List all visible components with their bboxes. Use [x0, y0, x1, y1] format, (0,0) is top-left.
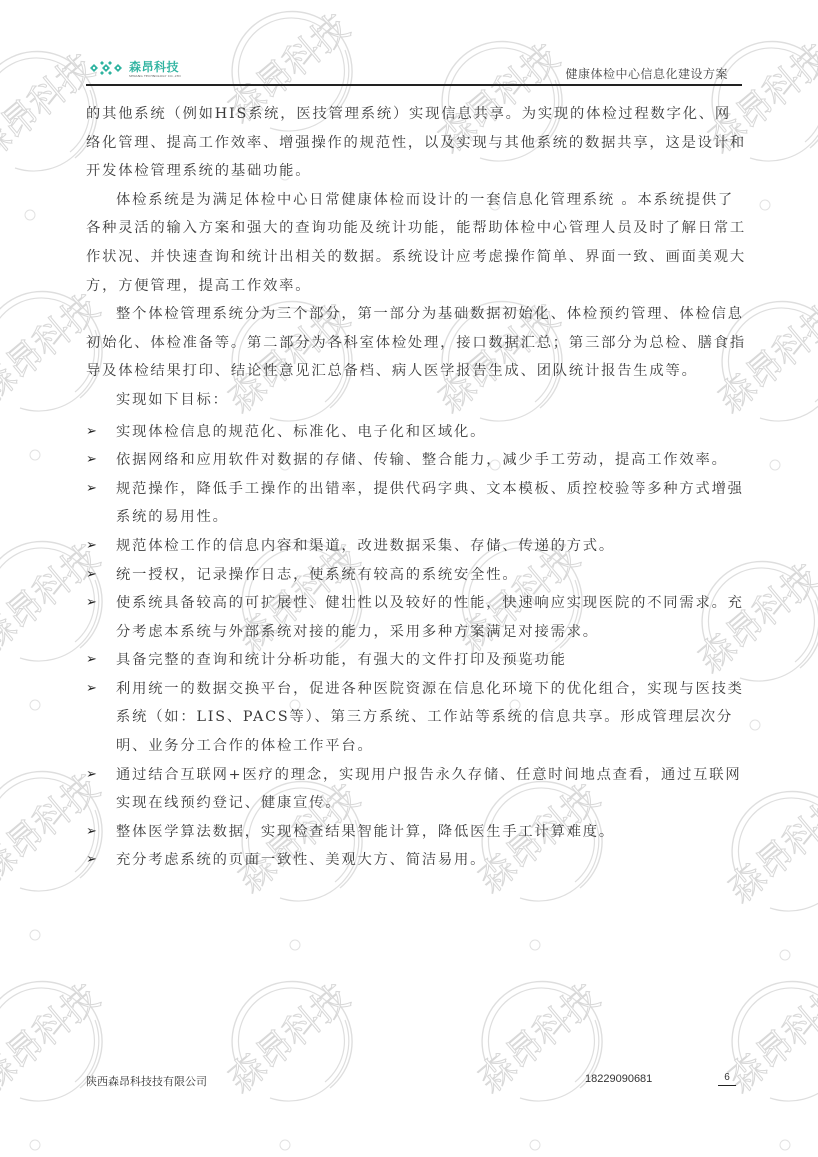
list-item-text: 充分考虑系统的页面一致性、美观大方、简洁易用。 [116, 852, 486, 868]
list-item: ➢ 规范操作，降低手工操作的出错率，提供代码字典、文本模板、质控校验等多种方式增… [86, 475, 746, 532]
goals-intro: 实现如下目标： [86, 386, 746, 415]
list-item-text: 利用统一的数据交换平台，促进各种医院资源在信息化环境下的优化组合，实现与医技类系… [116, 681, 744, 754]
arrow-bullet-icon: ➢ [86, 532, 97, 561]
list-item-text: 规范操作，降低手工操作的出错率，提供代码字典、文本模板、质控校验等多种方式增强系… [116, 481, 744, 526]
arrow-bullet-icon: ➢ [86, 589, 97, 618]
page-footer: 陕西森昂科技技有限公司 18229090681 6 [86, 1073, 742, 1093]
arrow-bullet-icon: ➢ [86, 646, 97, 675]
list-item: ➢ 实现体检信息的规范化、标准化、电子化和区域化。 [86, 418, 746, 447]
footer-company-name: 陕西森昂科技技有限公司 [86, 1073, 207, 1089]
arrow-bullet-icon: ➢ [86, 475, 97, 504]
arrow-bullet-icon: ➢ [86, 418, 97, 447]
list-item-text: 依据网络和应用软件对数据的存储、传输、整合能力，减少手工劳动，提高工作效率。 [116, 452, 728, 468]
list-item: ➢ 依据网络和应用软件对数据的存储、传输、整合能力，减少手工劳动，提高工作效率。 [86, 446, 746, 475]
list-item-text: 通过结合互联网+医疗的理念，实现用户报告永久存储、任意时间地点查看，通过互联网实… [116, 767, 741, 812]
list-item: ➢ 规范体检工作的信息内容和渠道，改进数据采集、存储、传递的方式。 [86, 532, 746, 561]
company-logo: 森昂科技 SENANG TECHNOLOGY CO.,LTD [88, 60, 181, 78]
document-body: 的其他系统（例如HIS系统，医技管理系统）实现信息共享。为实现的体检过程数字化、… [86, 100, 746, 875]
page-number: 6 [718, 1071, 736, 1086]
logo-text: 森昂科技 [129, 60, 181, 74]
list-item: ➢ 统一授权，记录操作日志，使系统有较高的系统安全性。 [86, 561, 746, 590]
paragraph: 的其他系统（例如HIS系统，医技管理系统）实现信息共享。为实现的体检过程数字化、… [86, 100, 746, 186]
document-page: 森昂科技 SENANG TECHNOLOGY CO.,LTD 健康体检中心信息化… [0, 0, 818, 1157]
logo-subtext: SENANG TECHNOLOGY CO.,LTD [129, 74, 181, 78]
list-item: ➢ 具备完整的查询和统计分析功能，有强大的文件打印及预览功能 [86, 646, 746, 675]
arrow-bullet-icon: ➢ [86, 761, 97, 790]
list-item: ➢ 充分考虑系统的页面一致性、美观大方、简洁易用。 [86, 846, 746, 875]
list-item-text: 整体医学算法数据，实现检查结果智能计算，降低医生手工计算难度。 [116, 824, 615, 840]
list-item: ➢ 使系统具备较高的可扩展性、健壮性以及较好的性能，快速响应实现医院的不同需求。… [86, 589, 746, 646]
arrow-bullet-icon: ➢ [86, 818, 97, 847]
list-item-text: 实现体检信息的规范化、标准化、电子化和区域化。 [116, 424, 486, 440]
list-item: ➢ 通过结合互联网+医疗的理念，实现用户报告永久存储、任意时间地点查看，通过互联… [86, 761, 746, 818]
paragraph: 体检系统是为满足体检中心日常健康体检而设计的一套信息化管理系统 。本系统提供了各… [86, 186, 746, 300]
list-item-text: 规范体检工作的信息内容和渠道，改进数据采集、存储、传递的方式。 [116, 538, 615, 554]
list-item-text: 统一授权，记录操作日志，使系统有较高的系统安全性。 [116, 567, 518, 583]
goals-list: ➢ 实现体检信息的规范化、标准化、电子化和区域化。 ➢ 依据网络和应用软件对数据… [86, 418, 746, 876]
list-item: ➢ 整体医学算法数据，实现检查结果智能计算，降低医生手工计算难度。 [86, 818, 746, 847]
paragraph: 整个体检管理系统分为三个部分，第一部分为基础数据初始化、体检预约管理、体检信息初… [86, 300, 746, 386]
footer-phone: 18229090681 [585, 1073, 652, 1085]
arrow-bullet-icon: ➢ [86, 675, 97, 704]
page-header: 森昂科技 SENANG TECHNOLOGY CO.,LTD 健康体检中心信息化… [86, 58, 742, 86]
list-item: ➢ 利用统一的数据交换平台，促进各种医院资源在信息化环境下的优化组合，实现与医技… [86, 675, 746, 761]
arrow-bullet-icon: ➢ [86, 561, 97, 590]
document-title: 健康体检中心信息化建设方案 [565, 65, 728, 82]
list-item-text: 具备完整的查询和统计分析功能，有强大的文件打印及预览功能 [116, 652, 567, 668]
snowflake-logo-icon [88, 60, 124, 76]
arrow-bullet-icon: ➢ [86, 846, 97, 875]
arrow-bullet-icon: ➢ [86, 446, 97, 475]
list-item-text: 使系统具备较高的可扩展性、健壮性以及较好的性能，快速响应实现医院的不同需求。充分… [116, 595, 744, 640]
